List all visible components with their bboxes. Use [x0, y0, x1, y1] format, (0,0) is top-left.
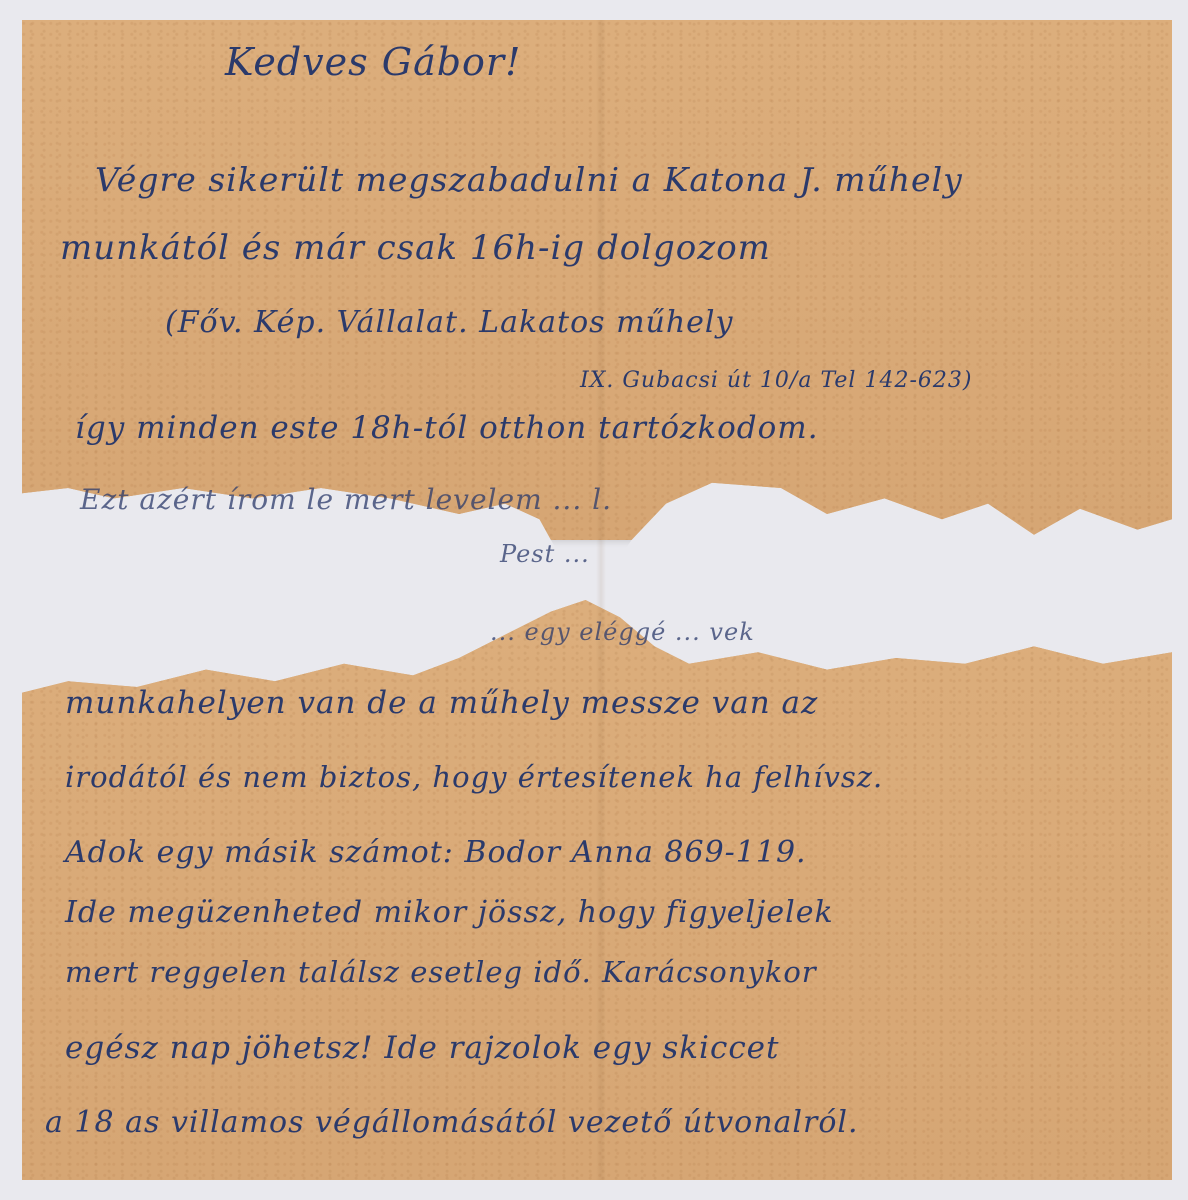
letter-line-10: Ide megüzenheted mikor jössz, hogy figye…: [65, 895, 834, 930]
letter-line-5-torn: Ezt azért írom le mert levelem ... l.: [80, 483, 612, 516]
letter-line-9: Adok egy másik számot: Bodor Anna 869-11…: [65, 835, 807, 870]
letter-line-3: (Főv. Kép. Vállalat. Lakatos műhely: [165, 305, 733, 340]
salutation: Kedves Gábor!: [225, 40, 521, 84]
letter-top-fragment: [22, 20, 1172, 540]
letter-address-line: IX. Gubacsi út 10/a Tel 142-623): [580, 368, 972, 393]
letter-line-1: Végre sikerült megszabadulni a Katona J.…: [95, 160, 963, 199]
letter-line-8: irodától és nem biztos, hogy értesítenek…: [65, 760, 883, 794]
letter-line-2: munkától és már csak 16h-ig dolgozom: [60, 228, 771, 268]
letter-line-6-torn: Pest ...: [500, 540, 590, 568]
letter-middle-torn: ... egy eléggé ... vek: [490, 618, 755, 646]
letter-line-13: a 18 as villamos végállomásától vezető ú…: [45, 1105, 859, 1140]
letter-line-11: mert reggelen találsz esetleg idő. Karác…: [65, 955, 817, 989]
letter-line-12: egész nap jöhetsz! Ide rajzolok egy skic…: [65, 1030, 779, 1066]
letter-line-7: munkahelyen van de a műhely messze van a…: [65, 685, 818, 721]
letter-line-4: így minden este 18h-tól otthon tartózkod…: [75, 410, 819, 446]
